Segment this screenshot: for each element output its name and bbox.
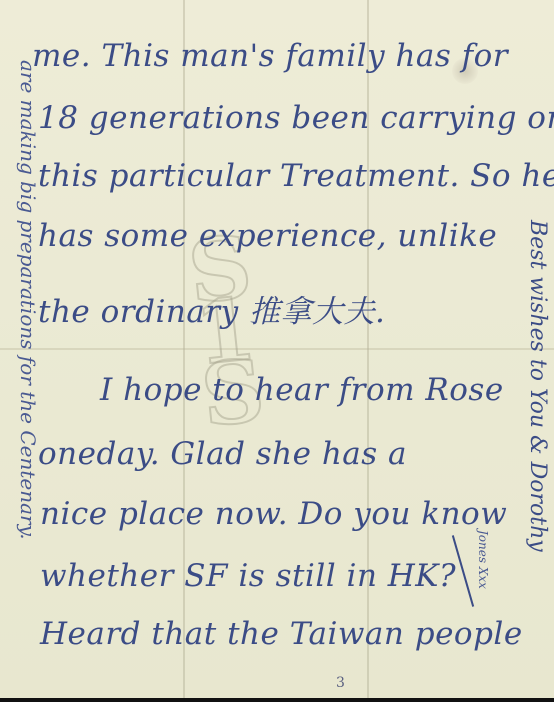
text-line-2: 18 generations been carrying on	[38, 100, 554, 136]
left-margin-note: are making big preparations for the Cent…	[4, 60, 40, 698]
paper-fold-horizontal	[0, 348, 554, 350]
text-line-3: this particular Treatment. So he	[38, 158, 554, 194]
text-line-7: oneday. Glad she has a	[38, 436, 407, 472]
side-note-line-1: Jones	[476, 530, 490, 563]
text-line-6: I hope to hear from Rose	[100, 372, 504, 408]
scan-border	[0, 698, 554, 702]
text-line-4: has some experience, unlike	[38, 218, 497, 254]
text-line-8: nice place now. Do you know	[40, 496, 507, 532]
right-margin-note: Best wishes to You & Dorothy	[512, 220, 550, 640]
text-line-10: Heard that the Taiwan people	[40, 616, 523, 652]
text-line-1: me. This man's family has for	[32, 38, 508, 74]
letter-page: S 1 S me. This man's family has for 18 g…	[0, 0, 554, 698]
text-line-9: whether SF is still in HK?	[40, 558, 456, 594]
side-note-line-2: Xxx	[476, 567, 490, 589]
watermark-stamp: S 1 S	[186, 228, 346, 442]
text-line-5: the ordinary 推拿大夫.	[38, 286, 385, 331]
page-number: 3	[336, 675, 345, 691]
side-note: Jones Xxx	[476, 530, 490, 610]
